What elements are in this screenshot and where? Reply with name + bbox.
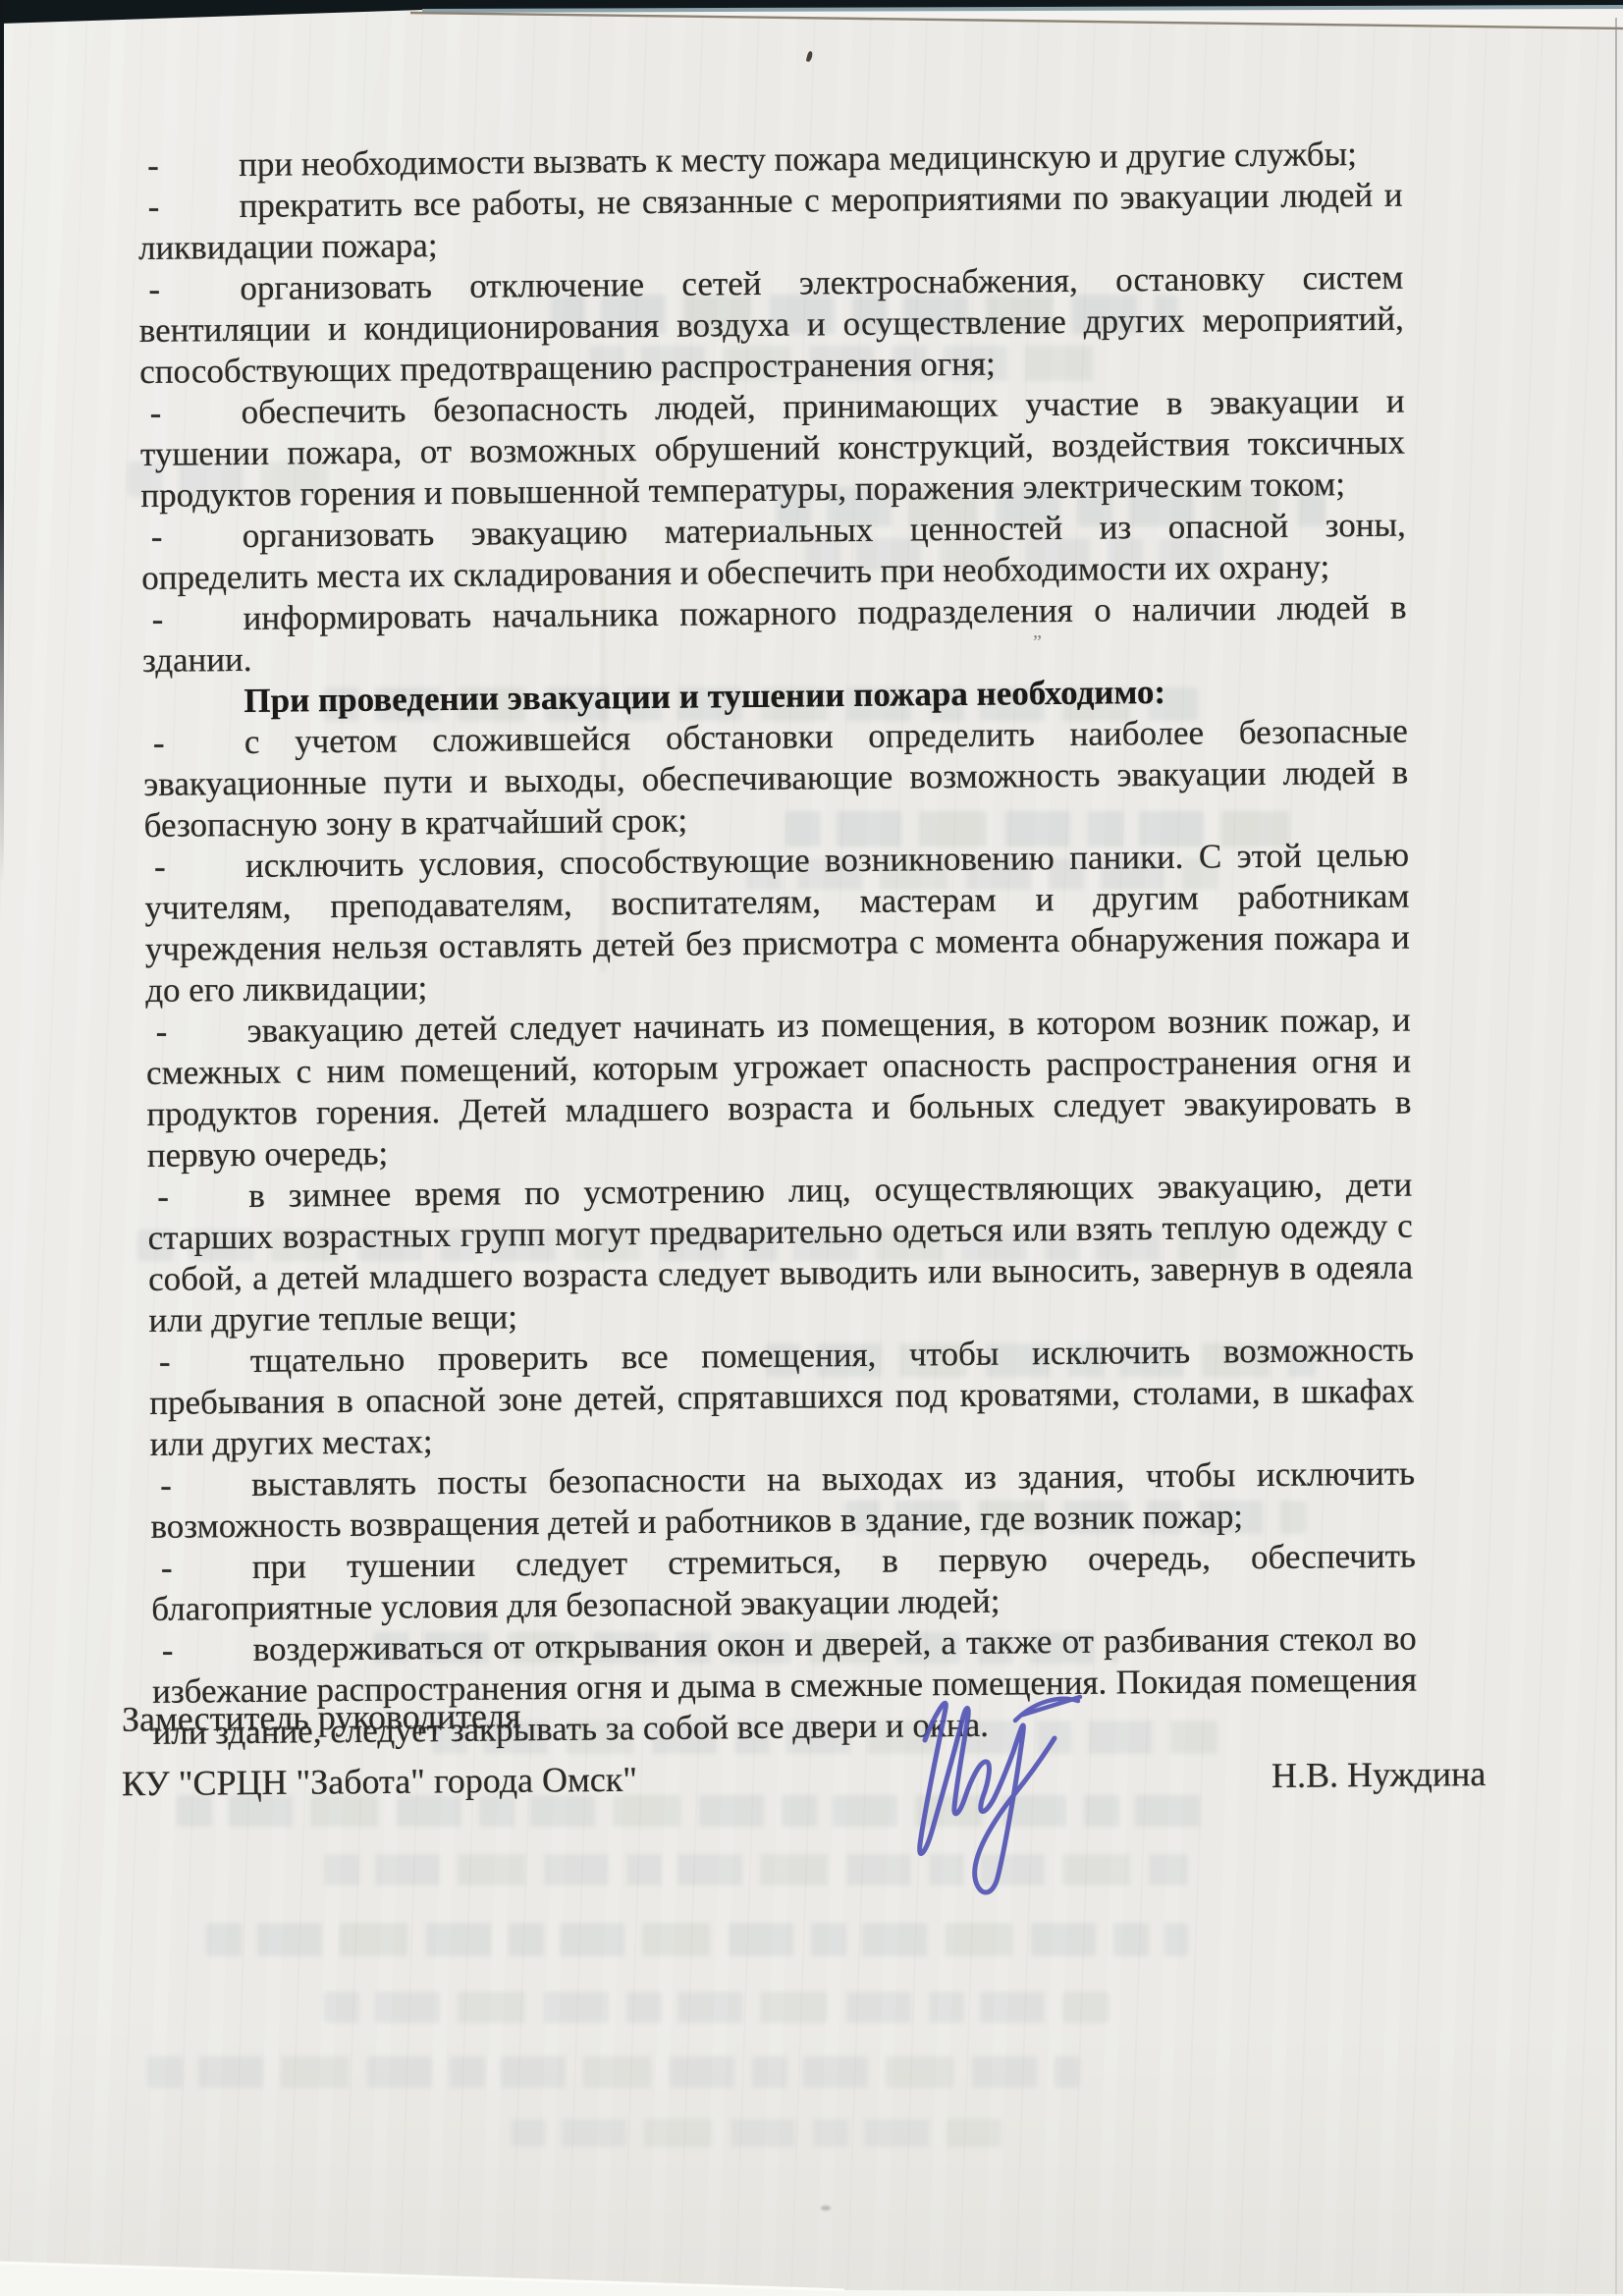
bullet-dash: - (143, 722, 244, 764)
document-paragraphs: -при необходимости вызвать к месту пожар… (137, 134, 1418, 1754)
list-paragraph: -прекратить все работы, не связанные с м… (137, 175, 1403, 269)
paragraph-text: информировать начальника пожарного подра… (142, 588, 1407, 680)
list-paragraph: -обеспечить безопасность людей, принимаю… (139, 381, 1405, 517)
dust-speck: „ (1033, 621, 1042, 643)
scan-left-edge (0, 0, 4, 884)
signer-name: Н.В. Нуждина (1271, 1753, 1487, 1796)
paragraph-text: выставлять посты безопасности на выходах… (150, 1454, 1415, 1546)
bullet-dash: - (137, 186, 239, 228)
signer-position-line2: КУ "СРЦН "Забота" города Омск" (122, 1759, 637, 1805)
scan-bottom-wedge (0, 2255, 1623, 2296)
list-paragraph: -эвакуацию детей следует начинать из пом… (145, 1000, 1412, 1176)
bullet-dash: - (150, 1464, 251, 1506)
list-paragraph: -в зимнее время по усмотрению лиц, осуще… (147, 1165, 1414, 1341)
signature-flourish (1015, 1697, 1080, 1721)
paragraph-text: организовать отключение сетей электросна… (139, 258, 1404, 391)
handwritten-signature (905, 1658, 1087, 1903)
paragraph-text: эвакуацию детей следует начинать из поме… (146, 1001, 1412, 1175)
bleed-through-line (324, 1992, 1109, 2023)
bullet-dash: - (137, 144, 239, 187)
scan-top-edge (0, 0, 1623, 41)
dust-speck (821, 2206, 831, 2211)
document-content: -при необходимости вызвать к месту пожар… (137, 134, 1418, 1754)
bullet-dash: - (147, 1175, 248, 1218)
bullet-dash: - (151, 1547, 252, 1589)
signer-position-line1: Заместитель руководителя (122, 1695, 521, 1740)
bullet-dash: - (141, 516, 243, 558)
scan-right-edge (1615, 18, 1617, 2296)
bullet-dash: - (145, 1011, 246, 1053)
bleed-through-line (147, 2056, 1080, 2088)
list-paragraph: -исключить условия, способствующие возни… (144, 835, 1411, 1011)
paragraph-text: обеспечить безопасность людей, принимающ… (140, 382, 1405, 515)
bullet-dash: - (141, 598, 243, 640)
scanned-document-page: -при необходимости вызвать к месту пожар… (0, 0, 1623, 2296)
paragraph-text: прекратить все работы, не связанные с ме… (138, 176, 1403, 267)
scan-bottom-light-wedge (0, 2263, 1623, 2296)
list-paragraph: -с учетом сложившейся обстановки определ… (143, 711, 1409, 847)
bullet-dash: - (144, 846, 245, 888)
paragraph-text: организовать эвакуацию материальных ценн… (141, 506, 1406, 597)
bullet-dash: - (149, 1340, 250, 1383)
paragraph-text: тщательно проверить все помещения, чтобы… (149, 1331, 1414, 1463)
list-paragraph: -тщательно проверить все помещения, чтоб… (149, 1330, 1415, 1465)
list-paragraph: -организовать эвакуацию материальных цен… (141, 505, 1407, 599)
signature-stroke (920, 1703, 1055, 1892)
list-paragraph: -при тушении следует стремиться, в перву… (151, 1536, 1417, 1630)
list-paragraph: -информировать начальника пожарного подр… (141, 587, 1407, 682)
paragraph-text: с учетом сложившейся обстановки определи… (143, 712, 1408, 845)
dust-speck (806, 51, 814, 63)
paragraph-text: в зимнее время по усмотрению лиц, осущес… (147, 1166, 1413, 1339)
bullet-dash: - (152, 1629, 253, 1671)
list-paragraph: -выставлять посты безопасности на выхода… (150, 1453, 1416, 1548)
bleed-through-line (206, 1923, 1188, 1956)
paragraph-text: при тушении следует стремиться, в первую… (151, 1537, 1416, 1628)
bleed-through-line (511, 2119, 1001, 2147)
list-paragraph: -организовать отключение сетей электросн… (138, 257, 1404, 393)
bullet-dash: - (139, 392, 241, 434)
paragraph-text: исключить условия, способствующие возник… (144, 836, 1410, 1010)
paragraph-text: При проведении эвакуации и тушении пожар… (243, 673, 1165, 720)
bullet-dash: - (138, 268, 240, 310)
